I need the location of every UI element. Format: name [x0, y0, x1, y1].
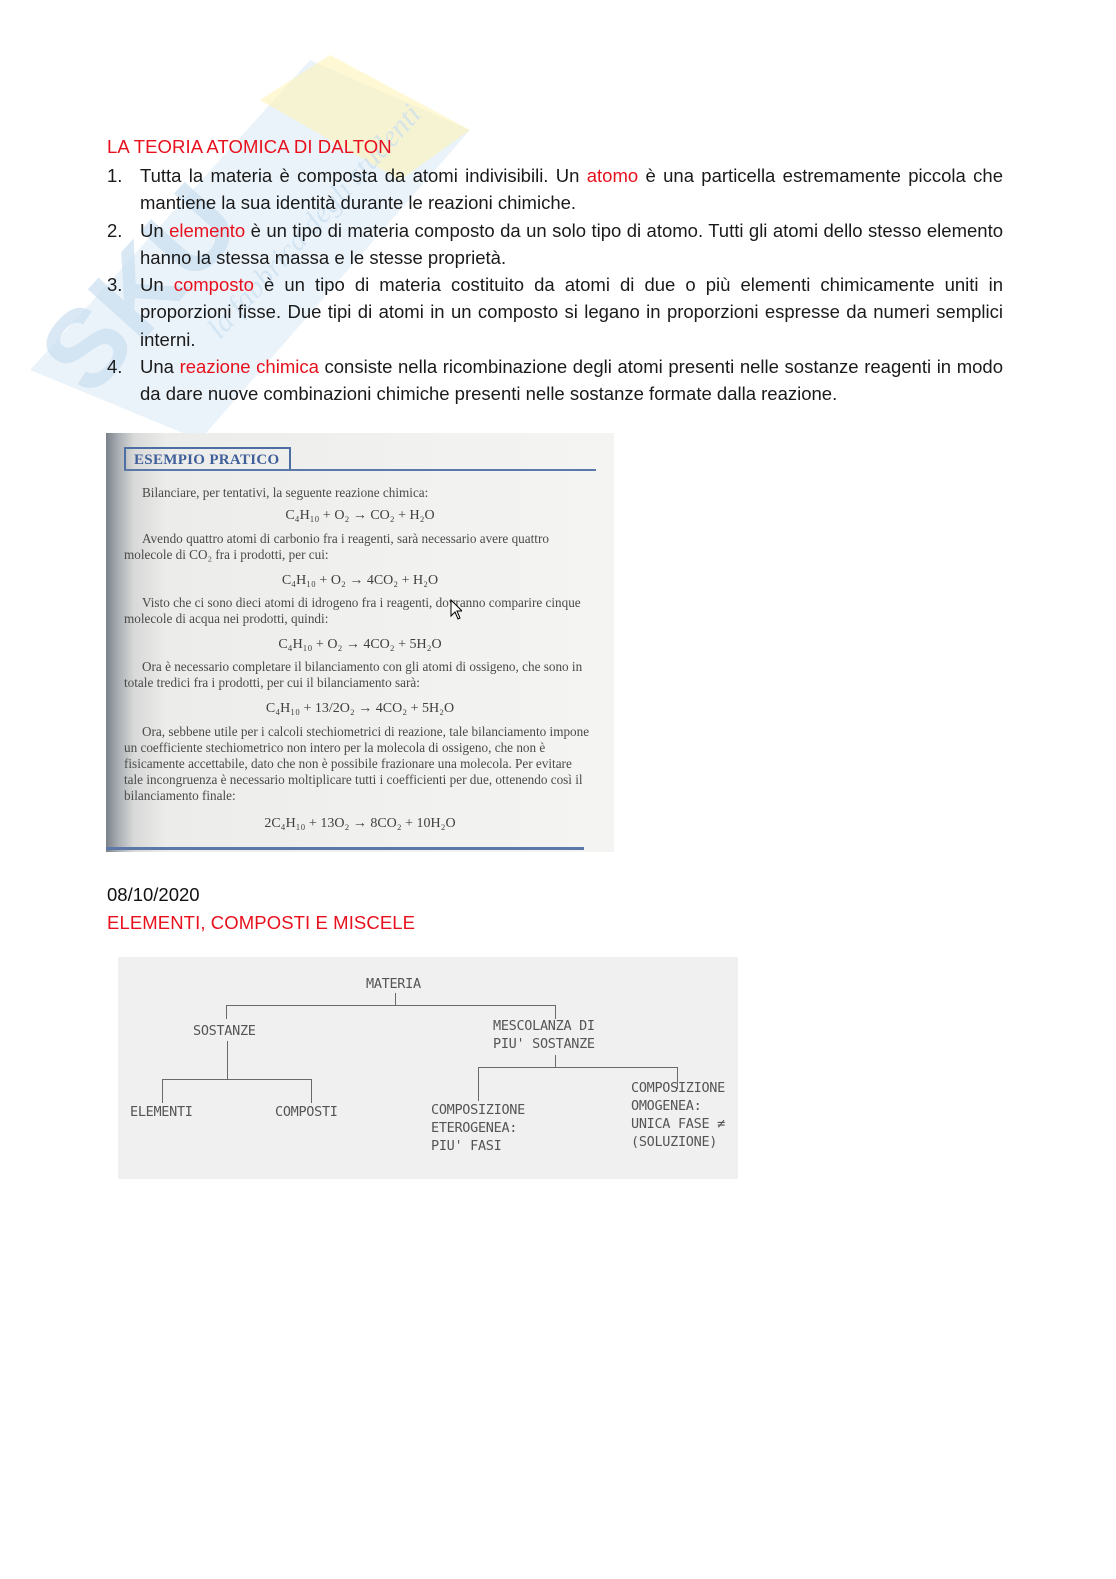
divider: [106, 847, 584, 850]
dalton-theory-list: 1.Tutta la materia è composta da atomi i…: [107, 162, 1003, 408]
equation: C₄H₁₀ + O₂ → 4CO₂ + 5H₂O: [106, 637, 614, 653]
equation: C₄H₁₀ + O₂ → 4CO₂ + H₂O: [106, 573, 614, 589]
term-highlight: elemento: [169, 220, 245, 241]
node-sostanze: SOSTANZE: [193, 1022, 256, 1040]
section-title-elements: ELEMENTI, COMPOSTI E MISCELE: [107, 912, 415, 934]
example-paragraph: Avendo quattro atomi di carbonio fra i r…: [124, 531, 594, 563]
example-book-image: ESEMPIO PRATICO Bilanciare, per tentativ…: [106, 433, 614, 852]
example-paragraph: Visto che ci sono dieci atomi di idrogen…: [124, 595, 594, 627]
node-composti: COMPOSTI: [275, 1103, 338, 1121]
node-omogenea: COMPOSIZIONE OMOGENEA: UNICA FASE ≠ (SOL…: [631, 1079, 725, 1151]
example-paragraph: Ora è necessario completare il bilanciam…: [124, 659, 594, 691]
equation: 2C₄H₁₀ + 13O₂ → 8CO₂ + 10H₂O: [106, 816, 614, 832]
list-item: 3.Un composto è un tipo di materia costi…: [107, 271, 1003, 353]
example-tag: ESEMPIO PRATICO: [124, 447, 291, 471]
node-mescolanza: MESCOLANZA DI PIU' SOSTANZE: [493, 1017, 595, 1053]
list-item: 2.Un elemento è un tipo di materia compo…: [107, 217, 1003, 272]
example-paragraph: Bilanciare, per tentativi, la seguente r…: [124, 485, 594, 501]
divider: [124, 469, 596, 471]
list-item: 4.Una reazione chimica consiste nella ri…: [107, 353, 1003, 408]
equation: C₄H₁₀ + O₂ → CO₂ + H₂O: [106, 508, 614, 524]
node-elementi: ELEMENTI: [130, 1103, 193, 1121]
list-item: 1.Tutta la materia è composta da atomi i…: [107, 162, 1003, 217]
term-highlight: atomo: [587, 165, 638, 186]
matter-classification-diagram: MATERIA SOSTANZE MESCOLANZA DI PIU' SOST…: [118, 957, 738, 1179]
node-root: MATERIA: [366, 975, 421, 993]
term-highlight: reazione chimica: [180, 356, 319, 377]
node-eterogenea: COMPOSIZIONE ETEROGENEA: PIU' FASI: [431, 1101, 525, 1155]
equation: C₄H₁₀ + 13/2O₂ → 4CO₂ + 5H₂O: [106, 701, 614, 717]
date-label: 08/10/2020: [107, 884, 200, 906]
section-title-dalton: LA TEORIA ATOMICA DI DALTON: [107, 136, 392, 158]
example-paragraph: Ora, sebbene utile per i calcoli stechio…: [124, 724, 594, 804]
term-highlight: composto: [174, 274, 254, 295]
move-cursor-icon: [448, 598, 462, 620]
